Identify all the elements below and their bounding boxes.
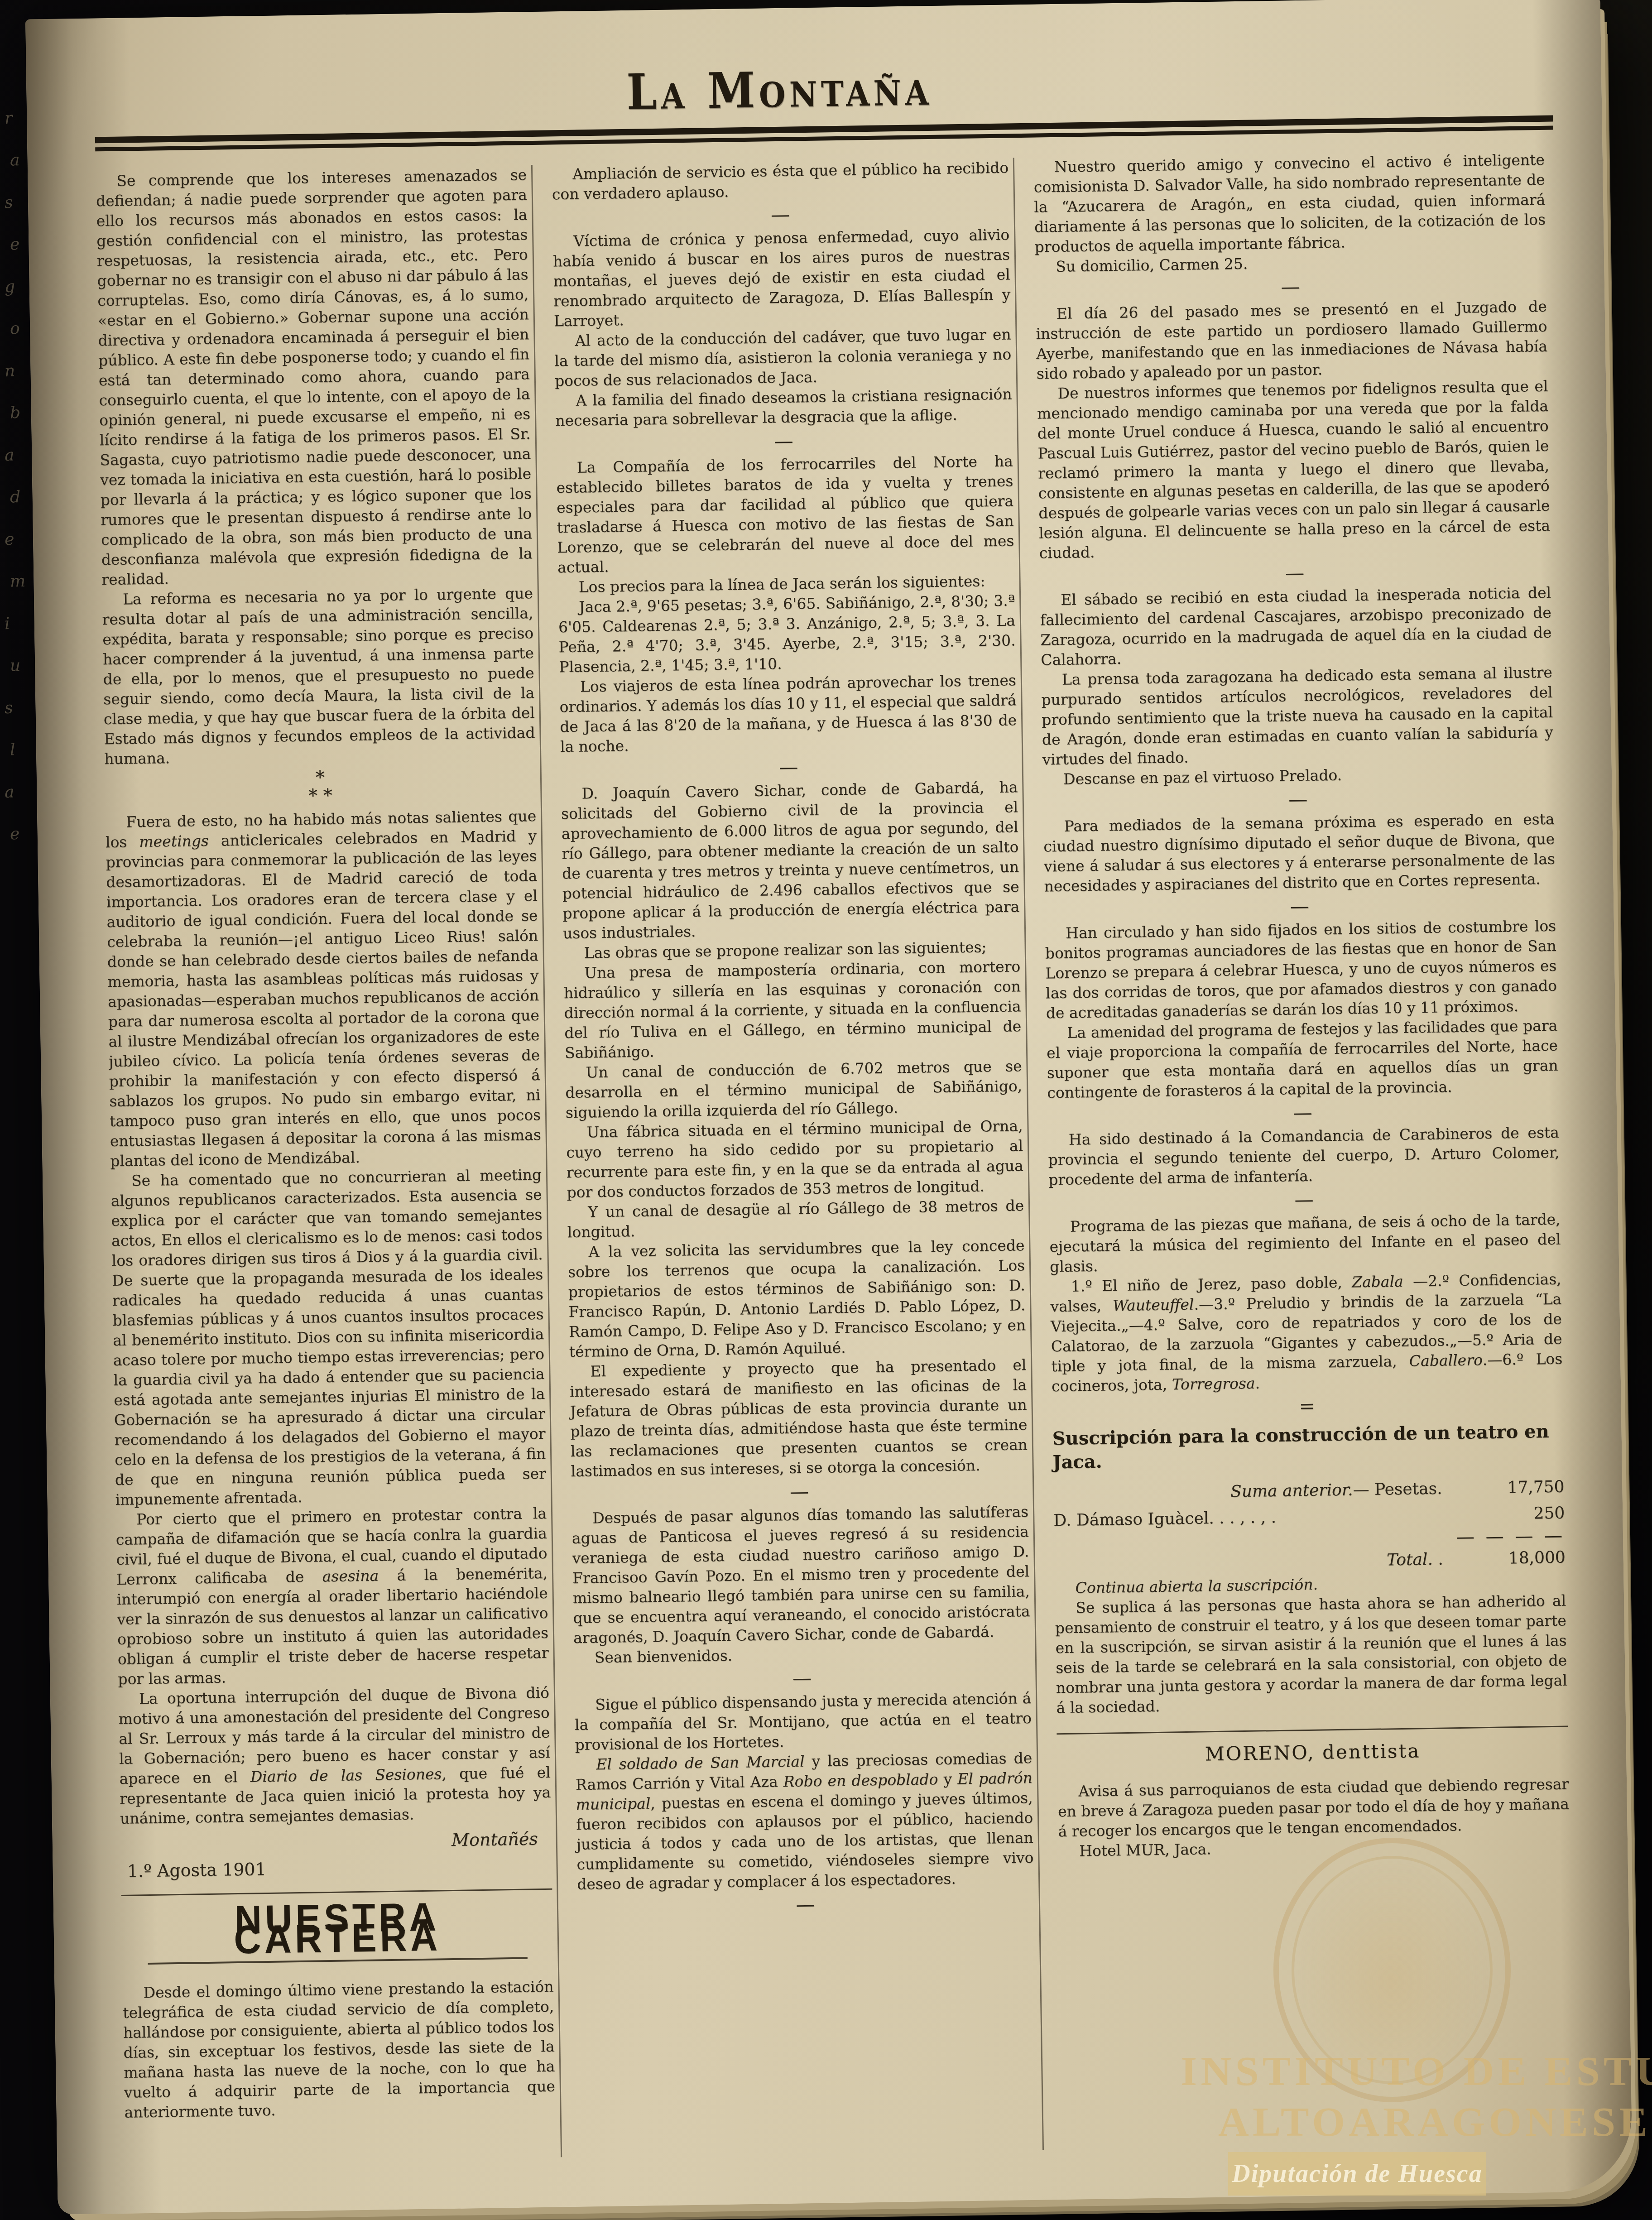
paragraph: Un canal de conducción de 6.702 metros q… <box>565 1056 1023 1123</box>
paragraph: La Compañía de los ferrocarriles del Nor… <box>556 451 1015 577</box>
newspaper-column-2: Ampliación de servicio es ésta que el pú… <box>531 158 1038 2157</box>
masthead-title: La Montaña <box>626 59 933 121</box>
dateline: 1.º Agosta 1901 <box>120 1850 552 1896</box>
paragraph: El día 26 del pasado mes se presentó en … <box>1036 297 1548 384</box>
paragraph: La oportuna interrupción del duque de Bi… <box>118 1683 551 1829</box>
paragraph: Fuera de esto, no ha habido más notas sa… <box>105 806 542 1171</box>
paragraph: El sábado se recibió en esta ciudad la i… <box>1040 583 1552 670</box>
paragraph: 1.º El niño de Jerez, paso doble, Zabala… <box>1050 1269 1563 1397</box>
horizontal-rule <box>1057 1725 1568 1735</box>
paragraph: Nuestro querido amigo y convecino el act… <box>1033 150 1546 257</box>
paragraph: Ha sido destinado á la Comandancia de Ca… <box>1048 1123 1560 1190</box>
gutter-fragment: s <box>4 698 36 717</box>
paragraph: Se ha comentado que no concurrieran al m… <box>110 1165 547 1510</box>
ledger-amount: 250 <box>1460 1500 1565 1528</box>
paragraph: Para mediados de la semana próxima es es… <box>1043 809 1555 897</box>
gutter-fragment: g <box>4 277 36 296</box>
ledger-spacer <box>1294 1520 1460 1522</box>
gutter-fragment: e <box>10 824 42 843</box>
paragraph: Programa de las piezas que mañana, de se… <box>1049 1210 1561 1277</box>
ad-title: MORENO, denttista <box>1057 1739 1569 1766</box>
paragraph: Ampliación de servicio es ésta que el pú… <box>552 158 1009 204</box>
paragraph: Se suplica á las personas que hasta ahor… <box>1055 1591 1568 1718</box>
newspaper-page: La Montaña Se comprende que los interese… <box>25 0 1633 2215</box>
paragraph: A la familia del finado deseamos la cris… <box>555 384 1012 431</box>
gutter-fragment: a <box>4 445 36 465</box>
paragraph: Una fábrica situada en el término munici… <box>566 1116 1024 1202</box>
gutter-fragment: i <box>4 614 36 633</box>
paragraph: Desde el domingo último viene prestando … <box>122 1977 555 2123</box>
paragraph: De nuestros informes que tenemos por fid… <box>1037 376 1551 563</box>
masthead: La Montaña <box>94 50 1553 152</box>
paragraph: El soldado de San Marcial y las preciosa… <box>575 1748 1034 1894</box>
columns-area: Se comprende que los intereses amenazado… <box>96 150 1583 2164</box>
page-content: La Montaña Se comprende que los interese… <box>94 50 1584 2196</box>
paragraph: La prensa toda zaragozana ha dedicado es… <box>1041 663 1554 770</box>
ledger-label: Suma anterior.— Pesetas. <box>1230 1475 1460 1505</box>
gutter-text-fragments: rasegonbademiuslae <box>8 109 40 843</box>
paragraph: Jaca 2.ª, 9'65 pesetas; 3.ª, 6'65. Sabiñ… <box>558 591 1016 677</box>
paragraph: Después de pasar algunos días tomando la… <box>571 1502 1030 1648</box>
gutter-fragment: d <box>10 487 42 506</box>
paragraph: Víctima de crónica y penosa enfermedad, … <box>552 225 1011 331</box>
gutter-fragment: m <box>10 572 42 591</box>
gutter-fragment: b <box>10 403 42 422</box>
gutter-fragment: r <box>4 108 36 128</box>
gutter-fragment: a <box>4 782 36 802</box>
subscription-ledger: Suma anterior.— Pesetas.17,750D. Dámaso … <box>1053 1474 1566 1579</box>
gutter-fragment: l <box>10 740 42 759</box>
scan-background: rasegonbademiuslae La Montaña Se compren… <box>0 0 1652 2220</box>
masthead-rule <box>95 115 1553 152</box>
paragraph: Se comprende que los intereses amenazado… <box>96 165 533 590</box>
subscription-heading: Suscripción para la construcción de un t… <box>1052 1420 1564 1475</box>
paragraph: Han circulado y han sido fijados en los … <box>1045 916 1557 1024</box>
ledger-amount: 17,750 <box>1460 1474 1565 1502</box>
paragraph: Y un canal de desagüe al río Gállego de … <box>567 1196 1024 1242</box>
gutter-fragment: e <box>10 235 42 254</box>
paragraph: Por cierto que el primero en protestar c… <box>115 1504 549 1689</box>
ledger-label: D. Dámaso Iguàcel. . . , . , . <box>1053 1504 1294 1534</box>
asterism: ** * <box>105 765 536 808</box>
paragraph: Los viajeros de esta línea podrán aprove… <box>559 670 1018 757</box>
paragraph: Sigue el público dispensando justa y mer… <box>574 1688 1032 1755</box>
section-heading: NUESTRA CARTERA <box>147 1906 528 1965</box>
gutter-fragment: s <box>4 192 36 212</box>
gutter-fragment: o <box>10 319 42 338</box>
gutter-fragment: e <box>4 529 36 549</box>
paragraph: Avisa á sus parroquianos de esta ciudad … <box>1057 1774 1570 1841</box>
paragraph: D. Joaquín Cavero Sichar, conde de Gabar… <box>561 777 1020 943</box>
gutter-fragment: a <box>10 150 42 169</box>
paragraph: Al acto de la conducción del cadáver, qu… <box>554 324 1012 391</box>
newspaper-column-3: Nuestro querido amigo y convecino el act… <box>1013 150 1574 2150</box>
newspaper-column-1: Se comprende que los intereses amenazado… <box>96 165 556 2164</box>
ledger-amount: 18,000 <box>1461 1545 1566 1572</box>
paragraph: El expediente y proyecto que ha presenta… <box>569 1355 1028 1481</box>
paragraph: Una presa de mampostería ordinaria, con … <box>563 956 1022 1063</box>
paragraph: La reforma es necesaria no ya por lo urg… <box>102 583 536 769</box>
ledger-label: Total. . <box>1387 1546 1462 1573</box>
paragraph: A la vez solicita las servidumbres que l… <box>567 1235 1026 1362</box>
paragraph: La amenidad del programa de festejos y l… <box>1046 1016 1558 1103</box>
gutter-fragment: n <box>4 361 36 380</box>
gutter-fragment: u <box>10 656 42 675</box>
